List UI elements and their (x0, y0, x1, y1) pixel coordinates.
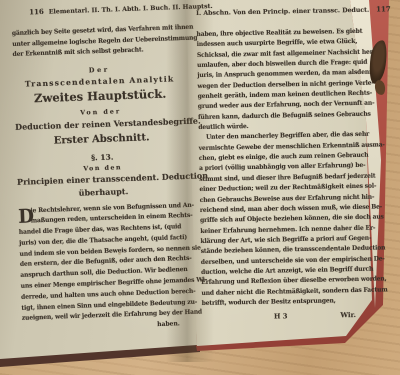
signature-mark: H 3 (274, 313, 288, 321)
gutter-shadow (166, 0, 214, 362)
foxing-spot (330, 250, 332, 252)
right-running-title: I. Abschn. Von den Princip. einer transs… (196, 7, 369, 17)
drop-cap: D (18, 207, 34, 227)
right-catchword: Wir. (340, 311, 370, 320)
foxing-spot (62, 140, 64, 142)
right-page-text: I. Abschn. Von den Princip. einer transs… (196, 5, 370, 322)
right-paragraph-2: Unter den mancherley Begriffen aber, die… (198, 130, 361, 309)
heading-abschnitt: Erster Abschnitt. (15, 130, 187, 147)
intro-paragraph: gänzlich bey Seite gesetzt wird, das Ver… (12, 23, 176, 60)
foxing-spot (298, 82, 300, 84)
left-page-number: 116 (29, 7, 44, 17)
right-paragraph-1: haben, ihre objective Realität zu beweis… (196, 27, 358, 133)
heading-hauptstueck: Zweites Hauptstück. (14, 85, 186, 105)
right-running-header: I. Abschn. Von den Princip. einer transs… (196, 5, 364, 17)
foxing-spot (252, 200, 255, 202)
heading-deduction: Deduction der reinen Verstandesbegriffe. (15, 115, 187, 131)
book-photo: 116Elementarl. II. Th. I. Abth. I. Buch.… (0, 0, 400, 375)
left-body-paragraph: D ie Rechtslehrer, wenn sie von Befugnis… (18, 201, 186, 336)
right-page-number: 117 (376, 4, 391, 13)
foxing-spot (118, 252, 121, 255)
left-body-lines: handel die Frage über das, was Rechtens … (19, 222, 186, 325)
